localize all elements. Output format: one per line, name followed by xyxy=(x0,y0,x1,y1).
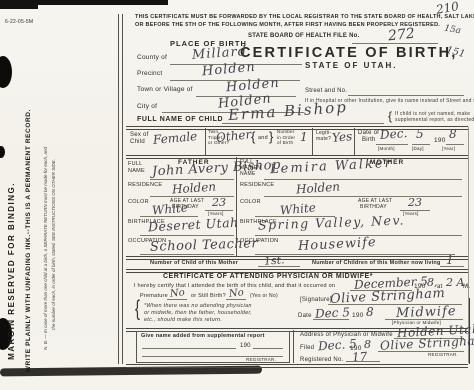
father-color-label: COLOR xyxy=(128,200,149,206)
dob-day-caption: [Day] xyxy=(412,147,424,152)
precinct-label: Precinct xyxy=(137,71,162,78)
father-name-line xyxy=(150,179,234,180)
dob-year-value: 8 xyxy=(449,128,457,140)
filed-year-value: 8 xyxy=(364,339,371,350)
child-name-label: FULL NAME OF CHILD xyxy=(137,116,223,123)
premature-label: Premature xyxy=(140,294,168,300)
meridiem-label: M. xyxy=(463,284,470,290)
signature-label: [Signature] xyxy=(300,297,332,303)
father-age-value: 23 xyxy=(212,197,226,208)
margin-rule-inner xyxy=(122,14,123,364)
twin-value: Other xyxy=(215,128,251,144)
order-value: 1 xyxy=(300,131,308,143)
supplemental-label: Give name added from supplemental report xyxy=(141,334,265,340)
legitimate-label-2: mate? xyxy=(316,137,331,142)
county-label: County of xyxy=(137,55,167,62)
physician-role-value: Midwife xyxy=(396,305,457,320)
footnote-brace: { xyxy=(135,297,140,320)
file-number-value: 272 xyxy=(387,27,415,44)
children-living-line xyxy=(440,266,464,267)
stillbirth-line xyxy=(226,299,246,300)
unnamed-note-brace: { xyxy=(388,110,392,122)
margin-text-binding: MARGIN RESERVED FOR BINDING. xyxy=(8,182,16,360)
filed-label: Filed xyxy=(300,345,314,351)
vitals-divider-2 xyxy=(312,128,313,155)
county-value: Millard xyxy=(192,45,248,62)
mother-color-value: White xyxy=(280,201,317,216)
file-number-label: STATE BOARD OF HEALTH FILE No. xyxy=(248,33,360,39)
dob-year-print: 190 xyxy=(434,138,446,145)
forwarding-notice-line1: THIS CERTIFICATE MUST BE FORWARDED BY TH… xyxy=(135,15,474,21)
town-label: Town or Village of xyxy=(137,87,193,94)
order-label-3: of Birth xyxy=(277,141,293,146)
mother-name-label-3: NAME xyxy=(240,172,255,177)
mother-occupation-label: OCCUPATION xyxy=(240,239,278,245)
physician-footnote-3: etc., should make this return. xyxy=(144,318,222,324)
mother-occupation-value: Housewife xyxy=(298,236,377,253)
physician-date-label: Date xyxy=(298,313,312,319)
mother-residence-value: Holden xyxy=(296,180,341,195)
physician-date-value: Dec 5 xyxy=(315,306,350,320)
footer-divider xyxy=(293,330,294,363)
margin-note-1: N. B. — In case of more than one child a… xyxy=(44,147,49,350)
children-living-label: Number of Children of this Mother now li… xyxy=(312,261,441,267)
father-name-label-2: NAME xyxy=(128,169,145,175)
and-brace-close: } xyxy=(269,130,274,143)
father-residence-value: Holden xyxy=(172,180,217,195)
premature-line xyxy=(167,299,187,300)
town-value: Holden xyxy=(226,77,281,95)
street-line xyxy=(348,95,464,96)
father-birthplace-value: Deseret Utah xyxy=(148,217,239,234)
filed-registrar-caption: REGISTRAR. xyxy=(428,353,458,358)
supplemental-year-line xyxy=(253,348,283,349)
mother-age-value: 23 xyxy=(408,197,422,208)
mother-birthplace-value: Spring Valley, Nev. xyxy=(258,214,405,232)
certificate-title: CERTIFICATE OF BIRTH, xyxy=(240,46,458,61)
sex-label-1: Sex of xyxy=(130,132,149,138)
margin-text-permanent: WRITE PLAINLY WITH UNFADING INK.--THIS I… xyxy=(26,109,33,372)
sex-value: Female xyxy=(153,130,198,146)
father-birthplace-line xyxy=(140,235,234,236)
father-name-value: John Avery Bishop xyxy=(152,159,281,179)
form-bottom-rule xyxy=(126,364,468,368)
sex-label-2: Child xyxy=(130,139,145,145)
physician-footnote-1: *When there was no attending physician xyxy=(144,304,252,310)
supplemental-year-print: 190 xyxy=(240,343,251,349)
father-name-label-1: FULL xyxy=(128,162,142,168)
margin-note-2: the number of each, in order of birth, s… xyxy=(52,159,57,330)
registered-number-line xyxy=(346,361,380,362)
mother-age-label-2: BIRTHDAY xyxy=(360,205,387,210)
father-age-label-2: BIRTHDAY xyxy=(172,205,199,210)
margin-handwritten-number-top: 15a xyxy=(443,25,461,37)
father-occupation-line xyxy=(140,254,234,255)
dob-month-value: Dec. xyxy=(380,127,408,141)
city-label: City of xyxy=(137,104,157,111)
and-brace-open: { xyxy=(251,130,256,143)
physician-section-title: CERTIFICATE OF ATTENDING PHYSICIAN OR MI… xyxy=(163,273,373,280)
binding-hole-top xyxy=(0,56,12,88)
margin-rule-outer xyxy=(118,14,119,364)
order-label-1: Number xyxy=(277,130,295,135)
dob-label-1: Date of xyxy=(358,130,379,136)
children-living-value: 1 xyxy=(446,254,454,266)
registered-number-label: Registered No. xyxy=(300,357,344,363)
child-number-value: 1st. xyxy=(264,254,285,266)
vitals-divider-1 xyxy=(205,128,206,155)
precinct-value: Holden xyxy=(202,61,257,79)
mother-name-value: Lemira Walker xyxy=(270,157,393,176)
mother-age-caption: [Years] xyxy=(403,212,419,217)
yes-no-caption: (Yes or No) xyxy=(250,294,278,299)
dob-day-line xyxy=(412,144,430,145)
mother-name-line xyxy=(264,179,462,180)
stillbirth-label: or Still Birth? xyxy=(191,294,226,300)
physician-date-line xyxy=(313,319,349,320)
dob-label-2: Birth xyxy=(362,137,376,143)
form-print-code: 6-22-05-5M xyxy=(5,20,33,25)
dob-year-caption: [Year] xyxy=(442,147,455,152)
unnamed-note-line2: supplemental report, as directed. xyxy=(395,118,474,123)
filed-signature-value: Olive Stringham xyxy=(380,334,474,352)
dob-year-line xyxy=(446,144,464,145)
child-number-label: Number of Child of this Mother xyxy=(150,261,238,267)
dob-month-caption: [Month] xyxy=(378,147,395,152)
and-label: and xyxy=(258,136,268,142)
mother-occupation-line xyxy=(255,254,455,255)
father-residence-label: RESIDENCE xyxy=(128,183,162,189)
physician-footnote-2: or midwife, then the father, householder… xyxy=(144,311,252,317)
physician-date-year-value: 8 xyxy=(366,306,374,318)
certificate-subtitle: STATE OF UTAH. xyxy=(305,62,397,70)
supplemental-registrar-caption: REGISTRAR. xyxy=(246,358,276,363)
child-number-line xyxy=(258,266,300,267)
corner-handwritten-number: 210 xyxy=(435,0,460,16)
legitimate-value: Yes xyxy=(332,130,353,144)
dob-month-line xyxy=(376,144,408,145)
ink-blot xyxy=(0,146,5,158)
supplemental-name-line xyxy=(142,348,236,349)
physician-date-year-print: 190 xyxy=(352,313,364,320)
scan-edge-bar-corner xyxy=(0,0,38,9)
dob-day-value: 5 xyxy=(416,128,424,140)
mother-color-label: COLOR xyxy=(240,200,261,206)
mother-residence-line xyxy=(264,196,462,197)
birth-certificate-scan: 6-22-05-5M MARGIN RESERVED FOR BINDING. … xyxy=(0,0,474,390)
vitals-divider-3 xyxy=(354,128,355,155)
child-name-line xyxy=(222,123,384,124)
street-label: Street and No. xyxy=(305,88,347,94)
mother-residence-label: RESIDENCE xyxy=(240,183,274,189)
